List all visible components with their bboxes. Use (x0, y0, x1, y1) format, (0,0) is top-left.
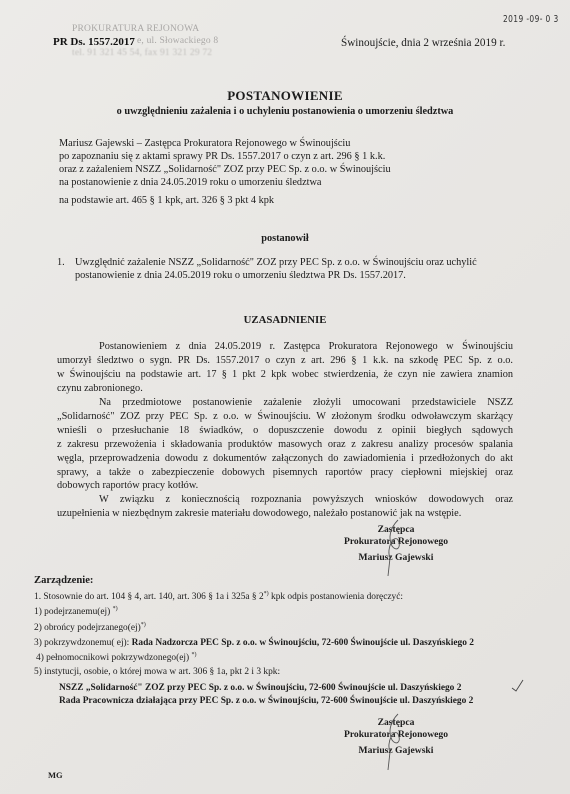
intro-line: oraz z zażaleniem NSZZ „Solidarność" ZOZ… (59, 163, 391, 176)
order-item-label: 4) pełnomocnikowi pokrzywdzonego(ej) (36, 653, 191, 663)
checkmark-icon (511, 679, 525, 693)
order-item-4: 4) pełnomocnikowi pokrzywdzonego(ej) *) (36, 652, 196, 664)
order-intro: 1. Stosownie do art. 104 § 4, art. 140, … (34, 591, 403, 603)
order-item-3: 3) pokrzywdzonemu( ej): Rada Nadzorcza P… (34, 637, 474, 649)
order-item-5: 5) instytucji, osobie, o której mowa w a… (34, 666, 280, 678)
office-stamp-line3: tel. 91 321 45 54, fax 91 321 29 72 (72, 48, 212, 59)
document-subtitle: o uwzględnieniu zażalenia i o uchyleniu … (0, 106, 570, 117)
justification-paragraph-1: Postanowieniem z dnia 24.05.2019 r. Zast… (57, 340, 513, 396)
intro-line: po zapoznaniu się z aktami sprawy PR Ds.… (59, 150, 385, 163)
recipient-line: NSZZ „Solidarność" ZOZ przy PEC Sp. z o.… (59, 683, 461, 693)
order-item-label: 2) obrońcy podejrzanego(ej) (34, 623, 141, 633)
order-intro-text: 1. Stosownie do art. 104 § 4, art. 140, … (34, 592, 264, 602)
paragraph-line: uzupełnienia w niezbędnym zakresie mater… (57, 507, 513, 521)
order-heading: Zarządzenie: (34, 574, 93, 587)
intro-line: na postanowienie z dnia 24.05.2019 roku … (59, 176, 322, 189)
handwritten-signature-icon (380, 712, 410, 772)
paragraph-line: czynu zabronionego. (57, 382, 513, 396)
decision-item-number: 1. (57, 256, 65, 269)
order-item-1: 1) podejrzanemu(ej) *) (34, 606, 118, 618)
office-stamp-line1: PROKURATURA REJONOWA (72, 24, 199, 35)
paragraph-line: węgla, przeprowadzenia dowodu z dokument… (57, 452, 513, 466)
recipient-line: Rada Pracownicza działająca przy PEC Sp.… (59, 696, 473, 706)
legal-basis: na podstawie art. 465 § 1 kpk, art. 326 … (59, 194, 274, 207)
paragraph-line: Na przedmiotowe postanowienie zażalenie … (57, 396, 513, 410)
author-initials: MG (48, 770, 63, 780)
order-item-recipient: Rada Nadzorcza PEC Sp. z o.o. w Świnoujś… (132, 638, 474, 648)
document-title: POSTANOWIENIE (0, 88, 570, 104)
place-and-date: Świnoujście, dnia 2 września 2019 r. (341, 37, 505, 49)
decision-item-line: postanowienie z dnia 24.05.2019 roku o u… (75, 269, 406, 282)
paragraph-line: sprawy, a także o zabezpieczenie dobowyc… (57, 466, 513, 480)
intro-line: Mariusz Gajewski – Zastępca Prokuratora … (59, 137, 350, 150)
justification-paragraph-3: W związku z koniecznością rozpoznania po… (57, 493, 513, 521)
paragraph-line: „Solidarność" ZOZ przy PEC Sp. z o.o. w … (57, 410, 513, 424)
paragraph-line: wnieśli o przesłuchanie 18 świadków, o d… (57, 424, 513, 438)
order-intro-text: kpk odpis postanowienia doręczyć: (269, 592, 403, 602)
order-item-label: 5) instytucji, osobie, o której mowa w a… (34, 667, 280, 677)
order-item-label: 1) podejrzanemu(ej) (34, 607, 113, 617)
paragraph-line: umorzył śledztwo o sygn. PR Ds. 1557.201… (57, 354, 513, 368)
paragraph-line: w Świnoujściu na podstawie art. 17 § 1 p… (57, 368, 513, 382)
decision-item-line: Uwzględnić zażalenie NSZZ „Solidarność" … (75, 256, 477, 269)
paragraph-line: dobowych raportów pracy kotłów. (57, 479, 513, 493)
paragraph-line: z zakresu przewożenia i składowania prod… (57, 438, 513, 452)
received-date-stamp: 2019 -09- 0 3 (503, 14, 559, 25)
footnote-mark: *) (191, 652, 196, 658)
paragraph-line: Postanowieniem z dnia 24.05.2019 r. Zast… (57, 340, 513, 354)
decision-heading: postanowił (0, 232, 570, 245)
order-item-label: 3) pokrzywdzonemu( ej): (34, 638, 132, 648)
case-number: PR Ds. 1557.2017 (53, 36, 135, 48)
justification-paragraph-2: Na przedmiotowe postanowienie zażalenie … (57, 396, 513, 493)
handwritten-signature-icon (380, 518, 410, 578)
paragraph-line: W związku z koniecznością rozpoznania po… (57, 493, 513, 507)
order-item-2: 2) obrońcy podejrzanego(ej)*) (34, 622, 146, 634)
document-page: PROKURATURA REJONOWA e, ul. Słowackiego … (0, 0, 570, 794)
office-stamp-line2: e, ul. Słowackiego 8 (137, 36, 218, 47)
footnote-mark: *) (113, 606, 118, 612)
footnote-mark: *) (141, 622, 146, 628)
justification-heading: UZASADNIENIE (0, 314, 570, 327)
